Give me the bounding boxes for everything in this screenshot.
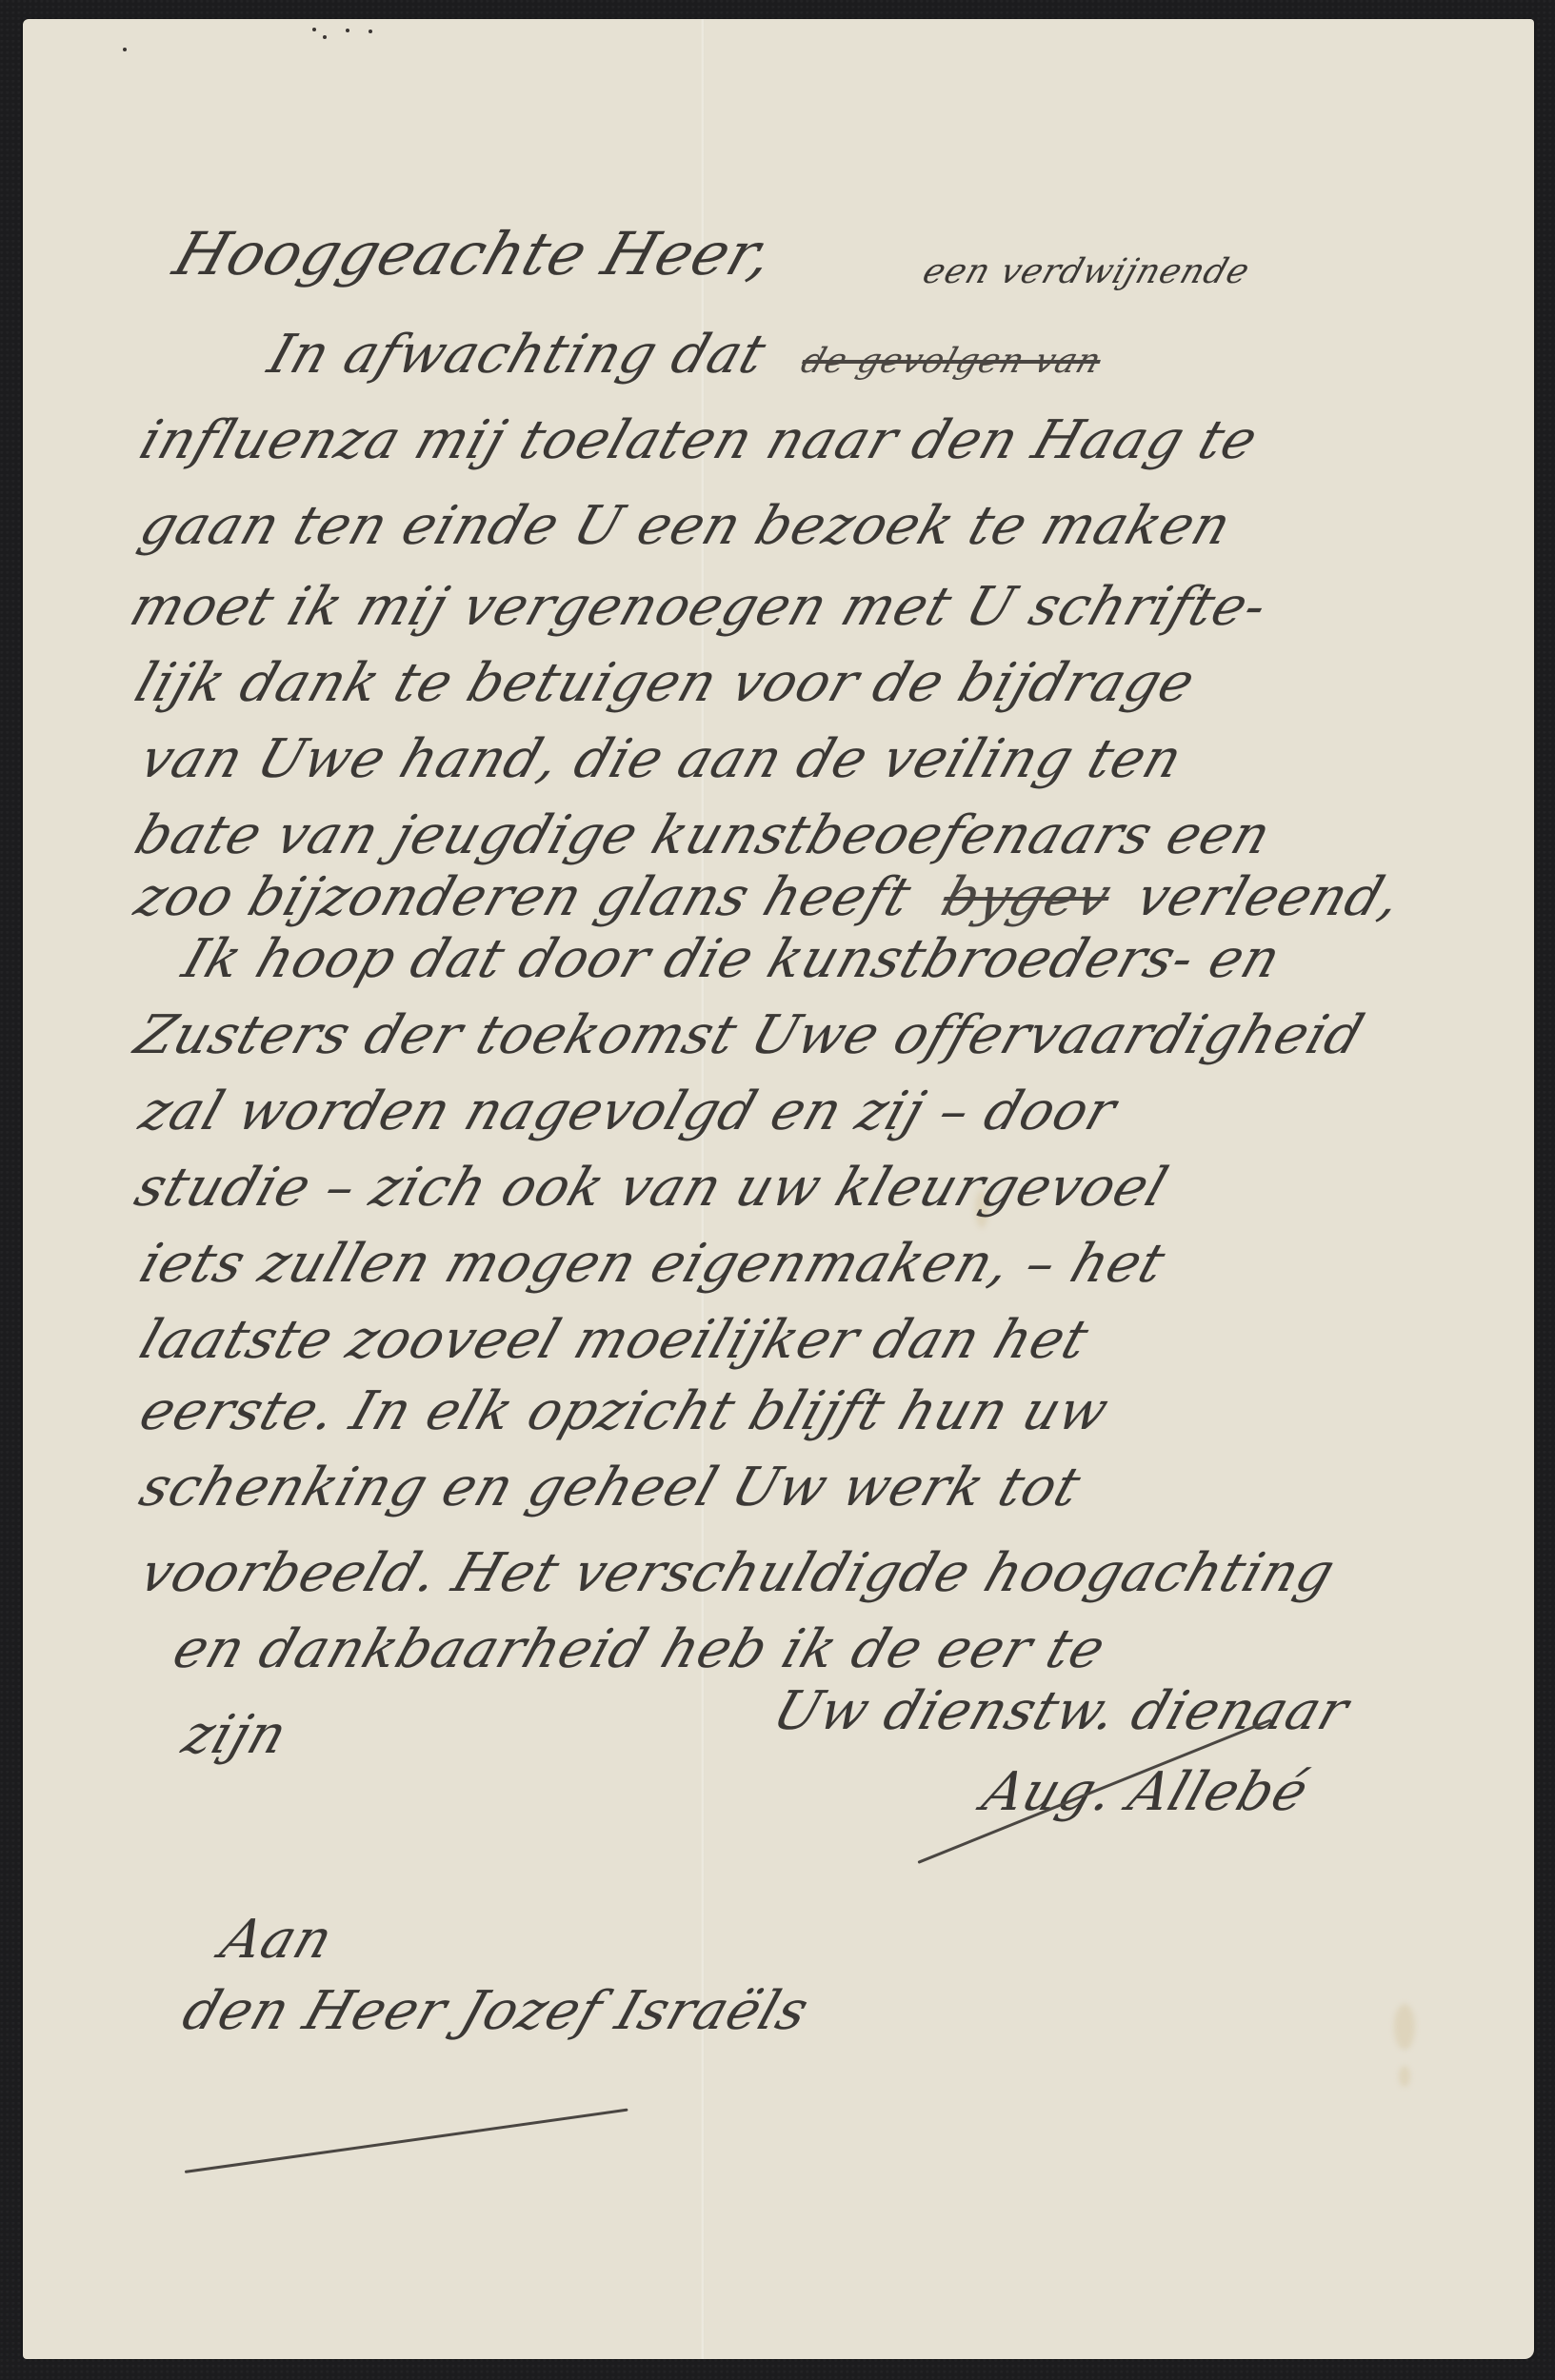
- ink-speck: [323, 35, 327, 39]
- letter-line-text: verleend,: [1128, 866, 1410, 928]
- struck-text: de gevolgen van: [796, 342, 1106, 381]
- foxing-stain: [1394, 2004, 1415, 2050]
- ink-speck: [346, 29, 349, 32]
- letter-line: en dankbaarheid heb ik de eer te: [166, 1618, 1113, 1680]
- ink-speck: [123, 48, 127, 51]
- inserted-text: een verdwijnende: [918, 252, 1255, 291]
- letter-line: voorbeeld. Het verschuldigde hoogachting: [132, 1542, 1343, 1604]
- letter-line: van Uwe hand, die aan de veiling ten: [132, 728, 1190, 790]
- letter-line: schenking en geheel Uw werk tot: [132, 1457, 1088, 1518]
- struck-text: bygev: [934, 866, 1119, 928]
- addressee-underline: [185, 2109, 628, 2173]
- ink-speck: [312, 28, 316, 31]
- closing: Uw dienstw. dienaar: [766, 1680, 1357, 1742]
- foxing-stain: [1399, 2066, 1410, 2087]
- letter-line: Zusters der toekomst Uwe offervaardighei…: [128, 1004, 1371, 1066]
- letter-line: laatste zooveel moeilijker dan het: [132, 1309, 1097, 1371]
- addressee-line-1: Aan: [213, 1909, 341, 1971]
- letter-line-text: In afwachting dat: [261, 324, 774, 386]
- letter-line: zijn: [175, 1704, 295, 1766]
- letter-line-text: zoo bijzonderen glans heeft: [128, 866, 919, 928]
- letter-line: zoo bijzonderen glans heeft bygev verlee…: [128, 866, 1410, 928]
- addressee-line-2: den Heer Jozef Israëls: [175, 1980, 817, 2042]
- letter-line: bate van jeugdige kunstbeoefenaars een: [128, 804, 1279, 866]
- ink-speck: [369, 30, 372, 33]
- letter-line: Ik hoop dat door die kunstbroeders- en: [175, 928, 1288, 990]
- letter-line: studie – zich ook van uw kleurgevoel: [128, 1157, 1176, 1219]
- letter-line: lijk dank te betuigen voor de bijdrage: [128, 652, 1203, 714]
- letter-page: Hooggeachte Heer, een verdwijnende In af…: [23, 19, 1534, 2359]
- letter-line: eerste. In elk opzicht blijft hun uw: [132, 1380, 1117, 1442]
- letter-line: zal worden nagevolgd en zij – door: [132, 1081, 1125, 1142]
- salutation: Hooggeachte Heer,: [166, 219, 783, 288]
- letter-line: gaan ten einde U een bezoek te maken: [132, 495, 1239, 557]
- letter-line: influenza mij toelaten naar den Haag te: [132, 409, 1266, 471]
- letter-line: iets zullen mogen eigenmaken, – het: [132, 1233, 1173, 1295]
- letter-line: moet ik mij vergenoegen met U schrifte-: [123, 576, 1275, 638]
- letter-line: In afwachting dat de gevolgen van: [261, 324, 1112, 386]
